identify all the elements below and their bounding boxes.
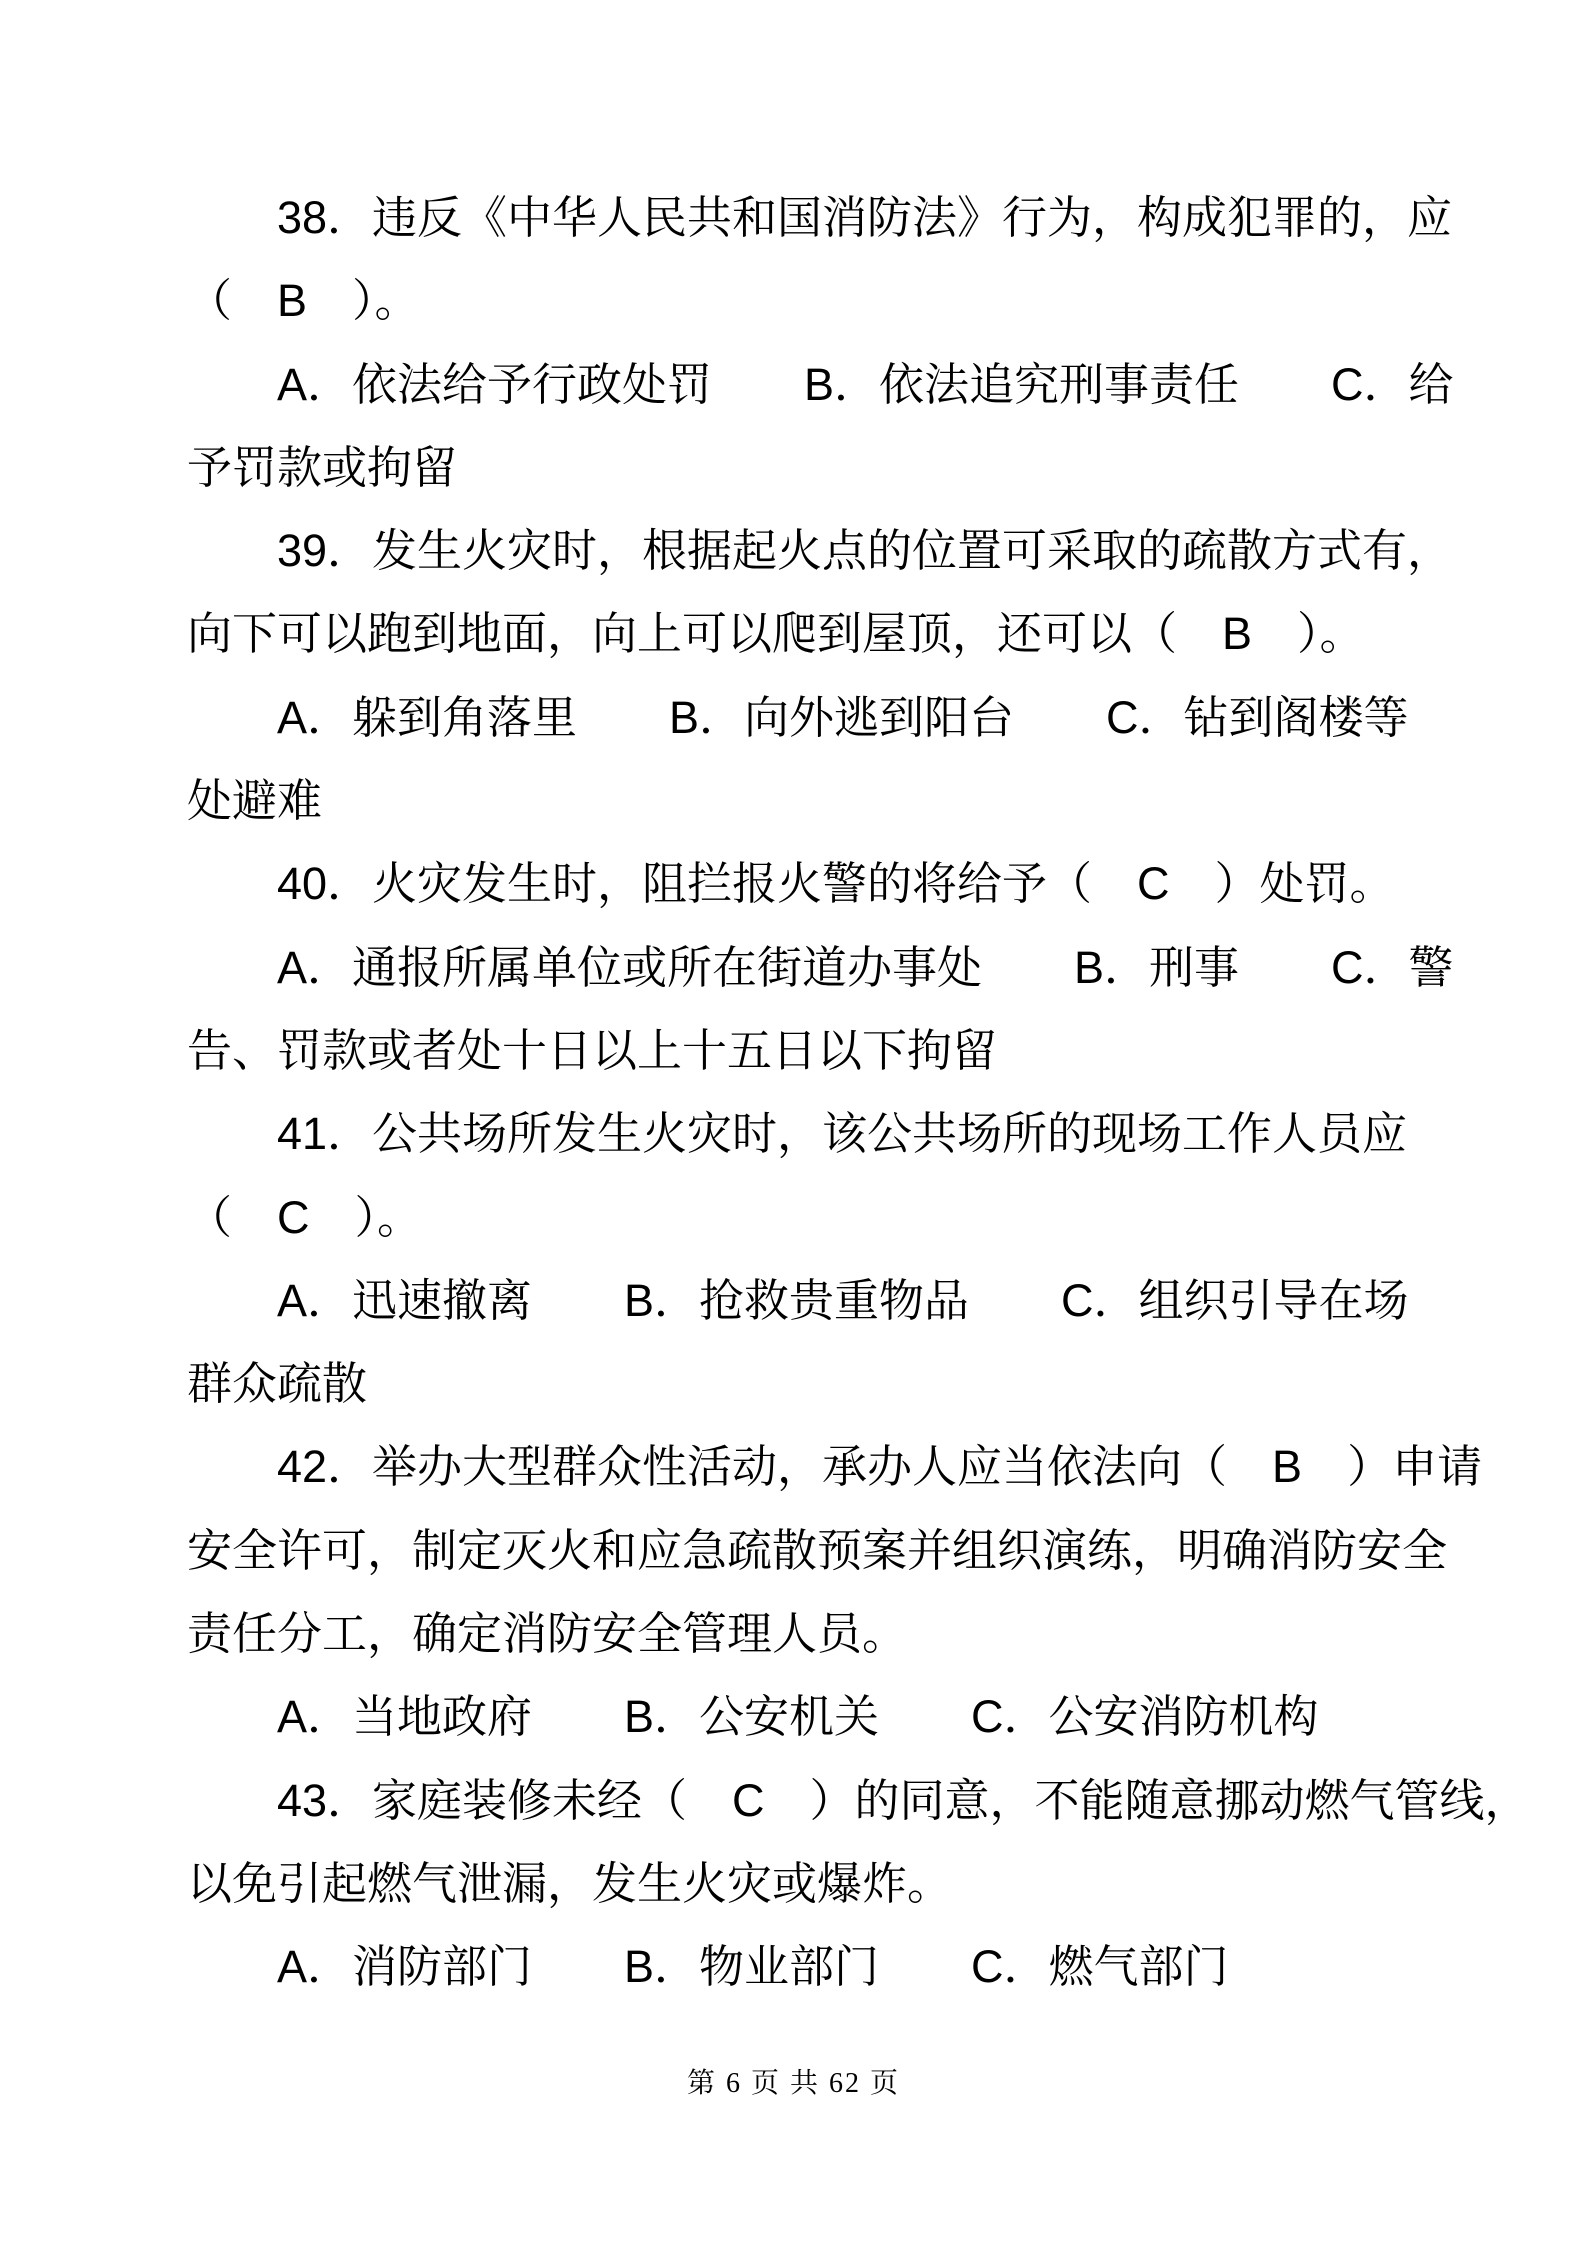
line-text: 43．家庭装修未经（ C ）的同意，不能随意挪动燃气管线， bbox=[277, 1775, 1530, 1826]
option-text: B．物业部门 bbox=[624, 1941, 879, 1992]
option-text: C．燃气部门 bbox=[971, 1941, 1229, 1992]
text-line: A．当地政府B．公安机关C．公安消防机构 bbox=[187, 1675, 1407, 1758]
option-text: B．公安机关 bbox=[624, 1691, 879, 1742]
option-text: C．警 bbox=[1331, 942, 1454, 993]
option-text: C．公安消防机构 bbox=[971, 1691, 1319, 1742]
quiz-content: 38．违反《中华人民共和国消防法》行为，构成犯罪的，应（ B ）。A．依法给予行… bbox=[187, 176, 1407, 2009]
text-line: 41．公共场所发生火灾时，该公共场所的现场工作人员应 bbox=[187, 1092, 1407, 1175]
text-line: （ C ）。 bbox=[187, 1176, 1407, 1259]
text-line: 群众疏散 bbox=[187, 1342, 1407, 1425]
line-text: 责任分工，确定消防安全管理人员。 bbox=[187, 1608, 907, 1659]
text-line: 39．发生火灾时，根据起火点的位置可采取的疏散方式有， bbox=[187, 509, 1407, 592]
text-line: A．消防部门B．物业部门C．燃气部门 bbox=[187, 1925, 1407, 2008]
line-text: 41．公共场所发生火灾时，该公共场所的现场工作人员应 bbox=[277, 1108, 1407, 1159]
text-line: 43．家庭装修未经（ C ）的同意，不能随意挪动燃气管线， bbox=[187, 1759, 1407, 1842]
text-line: （ B ）。 bbox=[187, 259, 1407, 342]
text-line: 以免引起燃气泄漏，发生火灾或爆炸。 bbox=[187, 1842, 1407, 1925]
option-text: A．躲到角落里 bbox=[277, 692, 577, 743]
line-text: 群众疏散 bbox=[187, 1358, 367, 1409]
option-text: A．消防部门 bbox=[277, 1941, 532, 1992]
text-line: 安全许可，制定灭火和应急疏散预案并组织演练，明确消防安全 bbox=[187, 1509, 1407, 1592]
option-text: A．当地政府 bbox=[277, 1691, 532, 1742]
text-line: 处避难 bbox=[187, 759, 1407, 842]
text-line: 42．举办大型群众性活动，承办人应当依法向（ B ）申请 bbox=[187, 1425, 1407, 1508]
line-text: 予罚款或拘留 bbox=[187, 442, 457, 493]
line-text: 40．火灾发生时，阻拦报火警的将给予（ C ）处罚。 bbox=[277, 858, 1395, 909]
page-number-text: 第 6 页 共 62 页 bbox=[687, 2068, 900, 2099]
text-line: 责任分工，确定消防安全管理人员。 bbox=[187, 1592, 1407, 1675]
option-text: C．钻到阁楼等 bbox=[1106, 692, 1409, 743]
page-footer: 第 6 页 共 62 页 bbox=[0, 2066, 1587, 2102]
line-text: 告、罚款或者处十日以上十五日以下拘留 bbox=[187, 1025, 997, 1076]
line-text: 以免引起燃气泄漏，发生火灾或爆炸。 bbox=[187, 1858, 952, 1909]
text-line: A．迅速撤离B．抢救贵重物品C．组织引导在场 bbox=[187, 1259, 1407, 1342]
line-text: 42．举办大型群众性活动，承办人应当依法向（ B ）申请 bbox=[277, 1441, 1482, 1492]
option-text: B．刑事 bbox=[1074, 942, 1239, 993]
option-text: B．向外逃到阳台 bbox=[669, 692, 1014, 743]
text-line: A．躲到角落里B．向外逃到阳台C．钻到阁楼等 bbox=[187, 676, 1407, 759]
option-text: A．迅速撤离 bbox=[277, 1275, 532, 1326]
option-text: B．依法追究刑事责任 bbox=[804, 359, 1239, 410]
document-page: 38．违反《中华人民共和国消防法》行为，构成犯罪的，应（ B ）。A．依法给予行… bbox=[0, 0, 1587, 2245]
line-text: （ B ）。 bbox=[187, 275, 420, 326]
line-text: （ C ）。 bbox=[187, 1192, 422, 1243]
line-text: 39．发生火灾时，根据起火点的位置可采取的疏散方式有， bbox=[277, 525, 1452, 576]
text-line: 告、罚款或者处十日以上十五日以下拘留 bbox=[187, 1009, 1407, 1092]
text-line: 向下可以跑到地面，向上可以爬到屋顶，还可以（ B ）。 bbox=[187, 592, 1407, 675]
option-text: C．给 bbox=[1331, 359, 1454, 410]
option-text: A．依法给予行政处罚 bbox=[277, 359, 712, 410]
line-text: 处避难 bbox=[187, 775, 322, 826]
option-text: B．抢救贵重物品 bbox=[624, 1275, 969, 1326]
line-text: 38．违反《中华人民共和国消防法》行为，构成犯罪的，应 bbox=[277, 192, 1452, 243]
text-line: A．通报所属单位或所在街道办事处B．刑事C．警 bbox=[187, 926, 1407, 1009]
option-text: A．通报所属单位或所在街道办事处 bbox=[277, 942, 982, 993]
line-text: 向下可以跑到地面，向上可以爬到屋顶，还可以（ B ）。 bbox=[187, 608, 1365, 659]
line-text: 安全许可，制定灭火和应急疏散预案并组织演练，明确消防安全 bbox=[187, 1525, 1447, 1576]
text-line: 40．火灾发生时，阻拦报火警的将给予（ C ）处罚。 bbox=[187, 842, 1407, 925]
text-line: 38．违反《中华人民共和国消防法》行为，构成犯罪的，应 bbox=[187, 176, 1407, 259]
option-text: C．组织引导在场 bbox=[1061, 1275, 1409, 1326]
text-line: A．依法给予行政处罚B．依法追究刑事责任C．给 bbox=[187, 343, 1407, 426]
text-line: 予罚款或拘留 bbox=[187, 426, 1407, 509]
